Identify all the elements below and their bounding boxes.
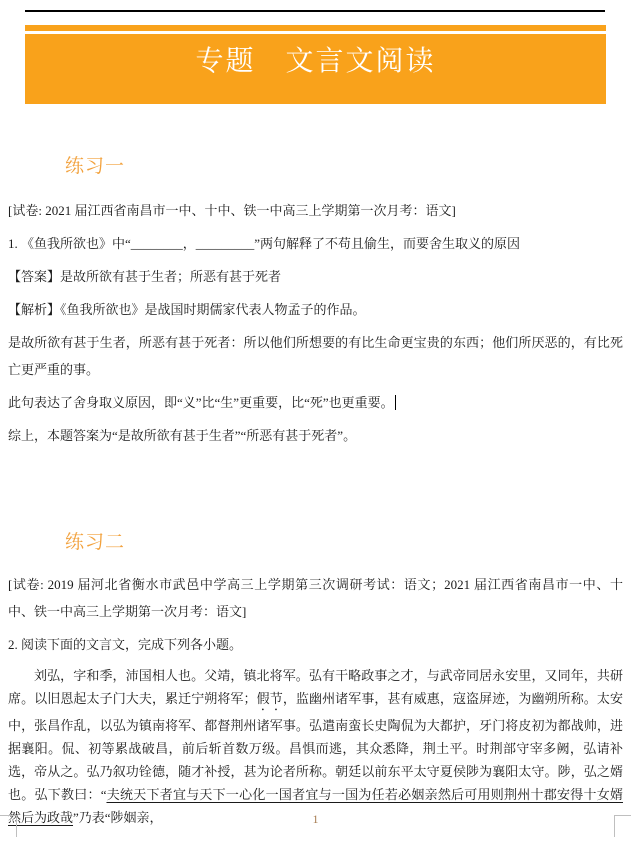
exercise1-explanation-1[interactable]: 是故所欲有甚于生者，所恶有甚于死者：所以他们所想要的有比生命更宝贵的东西；他们所… bbox=[8, 329, 623, 383]
passage-part2: ，监幽州诸军事，甚有威惠，寇盗屏迹，为幽朔所称。太安中，张昌作乱，以弘为镇南将军… bbox=[8, 691, 623, 802]
banner-main-block: 专题 文言文阅读 bbox=[25, 34, 606, 104]
passage-emphasized-word: 假节 bbox=[257, 691, 283, 706]
exercise1-heading[interactable]: 练习一 bbox=[65, 155, 623, 178]
exercise2-question[interactable]: 2. 阅读下面的文言文，完成下列各小题。 bbox=[8, 631, 623, 658]
exercise1-answer[interactable]: 【答案】是故所欲有甚于生者；所恶有甚于死者 bbox=[8, 263, 623, 290]
exercise1-source-line[interactable]: [试卷: 2021 届江西省南昌市一中、十中、铁一中高三上学期第一次月考：语文] bbox=[8, 197, 623, 224]
text-cursor bbox=[395, 395, 396, 410]
document-body[interactable]: 练习一 [试卷: 2021 届江西省南昌市一中、十中、铁一中高三上学期第一次月考… bbox=[8, 155, 623, 829]
exercise1-explanation-2[interactable]: 此句表达了舍身取义原因，即“义”比“生”更重要，比“死”也更重要。 bbox=[8, 389, 623, 416]
explanation-2-text: 此句表达了舍身取义原因，即“义”比“生”更重要，比“死”也更重要。 bbox=[8, 395, 394, 410]
exercise1-analysis[interactable]: 【解析】《鱼我所欲也》是战国时期儒家代表人物孟子的作品。 bbox=[8, 296, 623, 323]
exercise2-source-line[interactable]: [试卷: 2019 届河北省衡水市武邑中学高三上学期第三次调研考试：语文；202… bbox=[8, 571, 623, 625]
text-boundary-mark-left bbox=[0, 815, 17, 837]
page-number: 1 bbox=[0, 812, 631, 827]
text-boundary-mark-right bbox=[614, 815, 631, 837]
classical-passage[interactable]: 刘弘，字和季，沛国相人也。父靖，镇北将军。弘有干略政事之才，与武帝同居永安里，又… bbox=[8, 664, 623, 829]
title-banner: 专题 文言文阅读 bbox=[25, 25, 606, 104]
top-border-rule bbox=[25, 10, 605, 12]
exercise1-question[interactable]: 1. 《鱼我所欲也》中“________，_________”两句解释了不苟且偷… bbox=[8, 230, 623, 257]
exercise1-conclusion[interactable]: 综上，本题答案为“是故所欲有甚于生者”“所恶有甚于死者”。 bbox=[8, 422, 623, 449]
exercise2-heading[interactable]: 练习二 bbox=[65, 531, 623, 554]
document-title: 专题 文言文阅读 bbox=[195, 42, 435, 82]
